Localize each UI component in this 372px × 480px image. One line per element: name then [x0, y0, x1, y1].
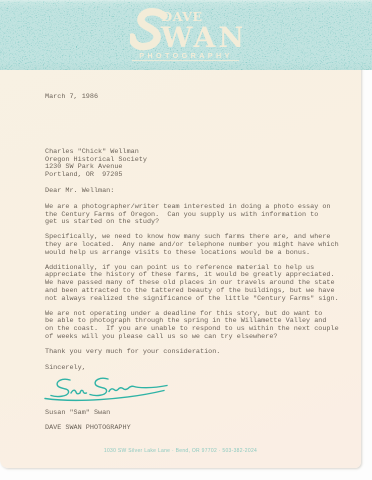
letter-paper: DAVE WAN PHOTOGRAPHY March 7, 1986 Charl… [0, 0, 361, 468]
sender-typed-name: Susan "Sam" Swan [45, 410, 347, 418]
footer-address-line: 1030 SW Silver Lake Lane · Bend, OR 9770… [0, 448, 361, 454]
handwritten-signature [42, 376, 172, 402]
scan-background: DAVE WAN PHOTOGRAPHY March 7, 1986 Charl… [0, 0, 372, 480]
sender-company-name: DAVE SWAN PHOTOGRAPHY [45, 425, 347, 433]
letter-body: March 7, 1986 Charles "Chick" Wellman Or… [45, 94, 347, 433]
logo-photography-text: PHOTOGRAPHY [139, 51, 233, 60]
paragraph-1: We are a photographer/writer team intere… [45, 204, 347, 227]
dave-swan-logo: DAVE WAN PHOTOGRAPHY [130, 5, 242, 65]
salutation: Dear Mr. Wellman: [45, 188, 347, 196]
paragraph-3: Additionally, if you can point us to ref… [45, 265, 347, 304]
paragraph-4: We are not operating under a deadline fo… [45, 311, 347, 342]
thanks-line: Thank you very much for your considerati… [45, 349, 347, 357]
date-line: March 7, 1986 [45, 94, 347, 102]
closing-line: Sincerely, [45, 365, 347, 373]
paragraph-2: Specifically, we need to know how many s… [45, 234, 347, 257]
swan-s-icon [132, 12, 164, 47]
letterhead-band: DAVE WAN PHOTOGRAPHY [0, 0, 372, 70]
logo-underline [132, 60, 239, 61]
recipient-address-block: Charles "Chick" Wellman Oregon Historica… [45, 149, 347, 180]
logo-wan-text: WAN [160, 21, 242, 54]
